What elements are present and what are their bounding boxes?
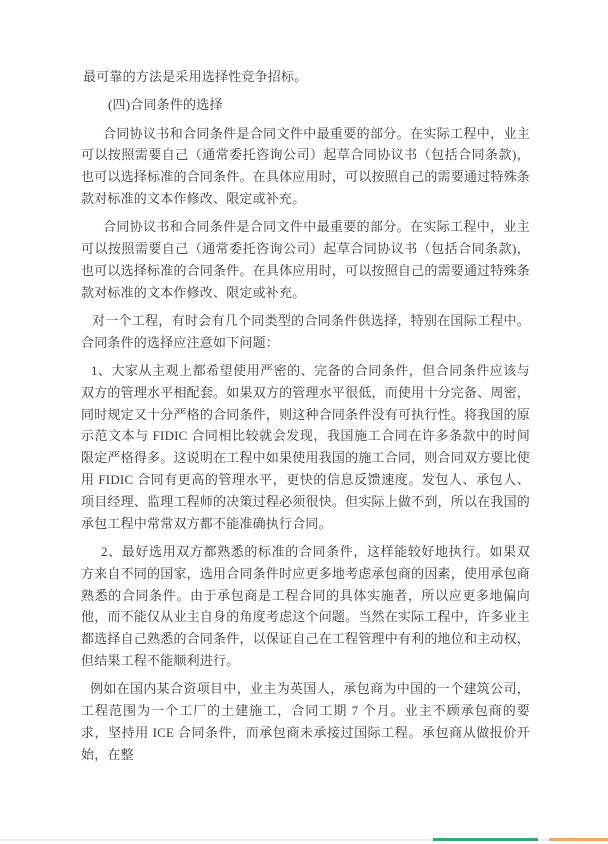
bottom-progress-bar xyxy=(0,838,608,844)
document-text-block: 最可靠的方法是采用选择性竞争招标。 (四)合同条件的选择 合同协议书和合同条件是… xyxy=(81,66,530,772)
section-heading: (四)合同条件的选择 xyxy=(81,94,530,116)
document-page: 最可靠的方法是采用选择性竞争招标。 (四)合同条件的选择 合同协议书和合同条件是… xyxy=(0,0,608,844)
paragraph-example: 例如在国内某合资项目中，业主为英国人，承包商为中国的一个建筑公司，工程范围为一个… xyxy=(81,678,530,765)
paragraph: 合同协议书和合同条件是合同文件中最重要的部分。在实际工程中，业主可以按照需要自己… xyxy=(81,123,530,210)
paragraph-continuation: 最可靠的方法是采用选择性竞争招标。 xyxy=(81,66,530,88)
paragraph: 对一个工程，有时会有几个同类型的合同条件供选择，特别在国际工程中。合同条件的选择… xyxy=(81,310,530,354)
paragraph: 合同协议书和合同条件是合同文件中最重要的部分。在实际工程中，业主可以按照需要自己… xyxy=(81,216,530,303)
green-progress-segment xyxy=(433,838,538,841)
paragraph-item-2: 2、最好选用双方都熟悉的标准的合同条件，这样能较好地执行。如果双方来自不同的国家… xyxy=(81,541,530,672)
orange-progress-segment xyxy=(549,838,608,841)
paragraph-item-1: 1、大家从主观上都希望使用严密的、完备的合同条件，但合同条件应该与双方的管理水平… xyxy=(81,360,530,534)
